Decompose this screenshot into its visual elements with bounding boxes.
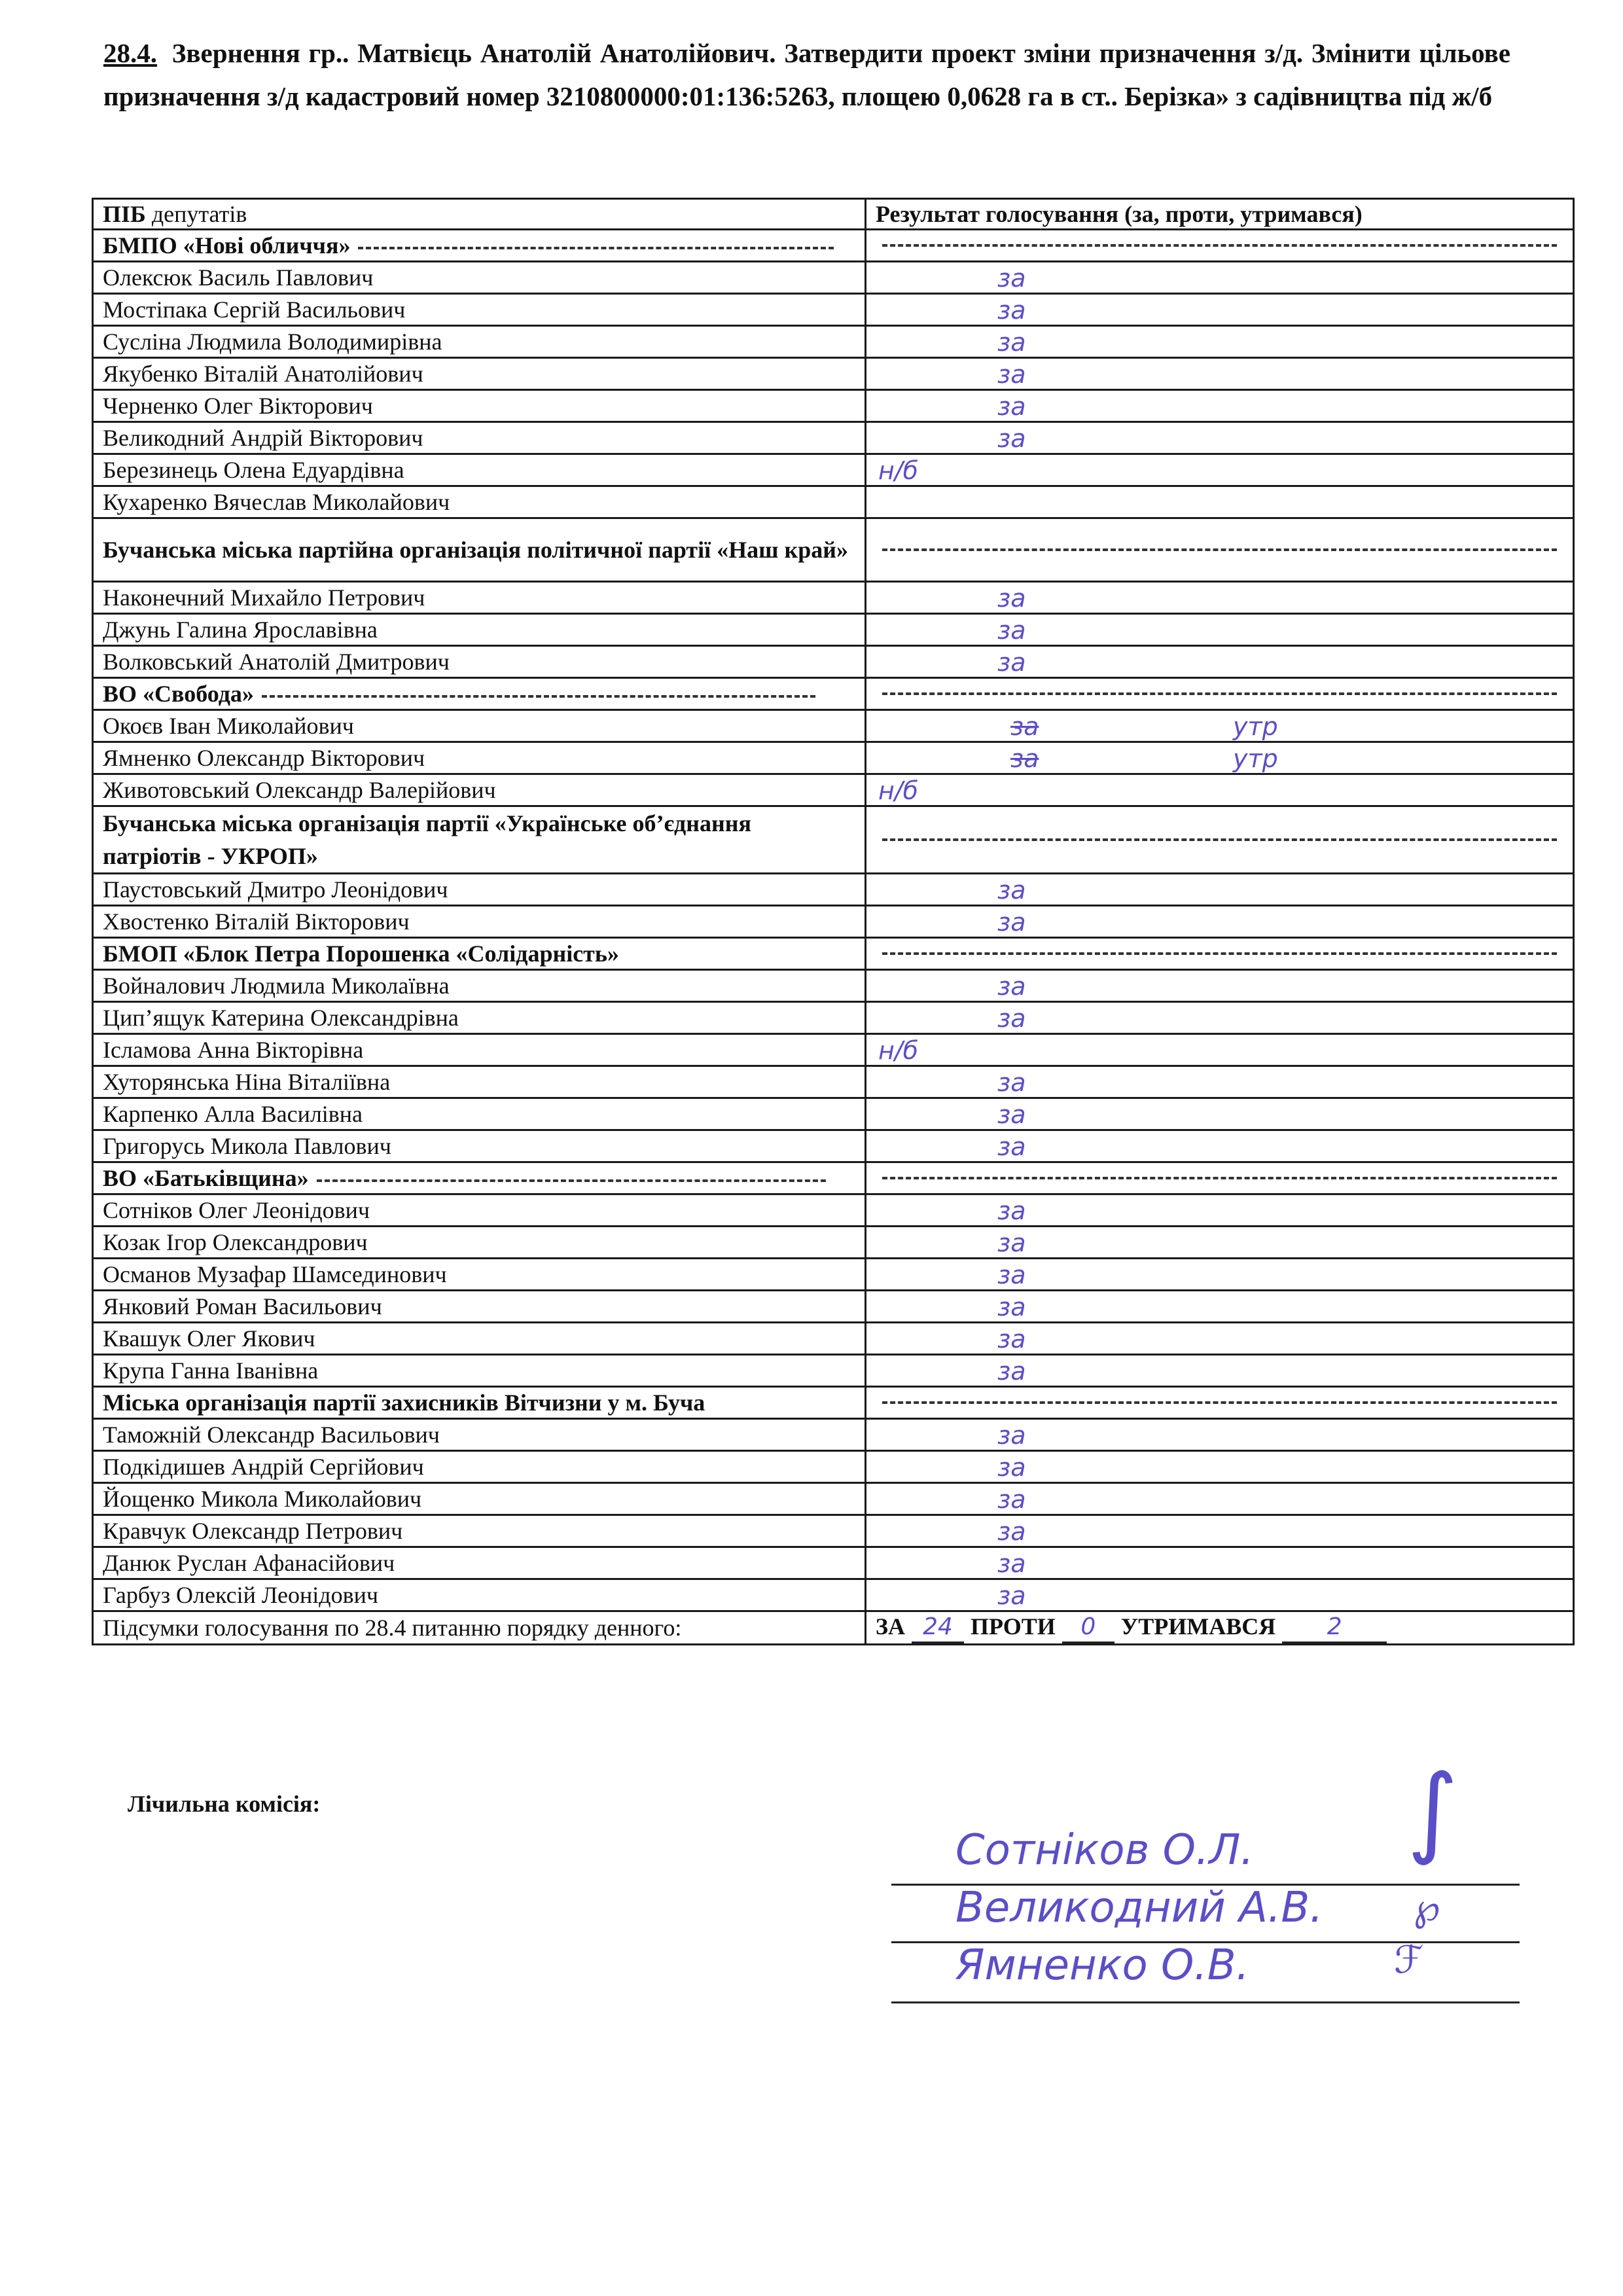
deputy-name: Данюк Руслан Афанасійович [93,1547,866,1579]
deputy-row: Цип’ящук Катерина Олександрівназа [93,1002,1574,1034]
signature-name-1: Сотніков О.Л. [955,1826,1254,1874]
deputy-vote-cell: за [866,1547,1574,1579]
deputy-row: Крупа Ганна Іванівназа [93,1355,1574,1387]
deputy-name: Хуторянська Ніна Віталіївна [93,1066,866,1098]
deputy-row: Наконечний Михайло Петровичза [93,582,1574,614]
deputy-name: Войналович Людмила Миколаївна [93,970,866,1002]
deputy-vote-cell: за [866,1355,1574,1387]
deputy-name: Паустовський Дмитро Леонідович [93,874,866,906]
deputy-name: Наконечний Михайло Петрович [93,582,866,614]
handwritten-vote: за [997,1453,1026,1482]
deputy-name: Цип’ящук Катерина Олександрівна [93,1002,866,1034]
handwritten-vote: за [997,584,1026,613]
deputy-row: Войналович Людмила Миколаївназа [93,970,1574,1002]
dash-filler [262,695,815,698]
handwritten-vote: за [997,1004,1026,1033]
dash-filler [882,838,1557,841]
deputy-name: Волковський Анатолій Дмитрович [93,646,866,678]
deputy-name: Таможній Олександр Васильович [93,1419,866,1451]
deputy-vote-cell: за [866,1259,1574,1291]
deputy-name: Кравчук Олександр Петрович [93,1515,866,1547]
deputy-name: Карпенко Алла Василівна [93,1098,866,1130]
deputy-name: Григорусь Микола Павлович [93,1130,866,1162]
deputy-name: Олексюк Василь Павлович [93,262,866,294]
deputy-vote-cell: за [866,1483,1574,1515]
deputy-vote-cell: утрза [866,710,1574,742]
deputy-row: Березинець Олена Едуардівнан/б [93,454,1574,486]
deputy-row: Олексюк Василь Павловичза [93,262,1574,294]
party-group-row: БМПО «Нові обличчя» [93,230,1574,262]
handwritten-vote: за [997,1485,1026,1514]
handwritten-vote: за [997,1325,1026,1354]
deputy-name: Мостіпака Сергій Васильович [93,294,866,326]
deputy-name: Джунь Галина Ярославівна [93,614,866,646]
party-name: Міська організація партії захисників Віт… [93,1387,866,1419]
signature-name-2: Великодний А.В. [955,1884,1323,1932]
party-name: БМПО «Нові обличчя» [93,230,866,262]
handwritten-vote: за [997,972,1026,1001]
deputy-row: Хвостенко Віталій Вікторовичза [93,906,1574,938]
handwritten-vote: за [997,1068,1026,1097]
party-result-cell [866,938,1574,970]
deputy-name: Янковий Роман Васильович [93,1291,866,1323]
party-group-row: Міська організація партії захисників Віт… [93,1387,1574,1419]
summary-label: Підсумки голосування по 28.4 питанню пор… [93,1611,866,1645]
deputy-row: Окоєв Іван Миколайовичутрза [93,710,1574,742]
handwritten-vote: за [997,328,1026,357]
signature-scribble-2: ℘ [1414,1885,1440,1929]
deputy-name: Сусліна Людмила Володимирівна [93,326,866,358]
header-result: Результат голосування (за, проти, утрима… [866,199,1574,230]
deputy-row: Ісламова Анна Вікторівнан/б [93,1034,1574,1066]
deputy-name: Хвостенко Віталій Вікторович [93,906,866,938]
deputy-vote-cell: н/б [866,454,1574,486]
deputy-row: Ямненко Олександр Вікторовичутрза [93,742,1574,774]
deputy-vote-cell: за [866,614,1574,646]
deputy-vote-cell: за [866,1291,1574,1323]
summary-row: Підсумки голосування по 28.4 питанню пор… [93,1611,1574,1645]
deputy-row: Джунь Галина Ярославівназа [93,614,1574,646]
deputy-row: Османов Музафар Шамсединовичза [93,1259,1574,1291]
handwritten-vote: за [997,1517,1026,1546]
party-name: ВО «Батьківщина» [93,1162,866,1194]
deputy-name: Сотніков Олег Леонідович [93,1194,866,1227]
dash-filler [317,1179,826,1182]
deputy-vote-cell: за [866,1419,1574,1451]
deputy-vote-cell: за [866,294,1574,326]
deputy-row: Кравчук Олександр Петровичза [93,1515,1574,1547]
deputy-row: Данюк Руслан Афанасійовичза [93,1547,1574,1579]
handwritten-vote: за [997,1229,1026,1257]
agenda-item-number: 28.4. [103,38,157,68]
dash-filler [882,244,1557,247]
for-count: 24 [912,1613,964,1643]
deputy-vote-cell: н/б [866,1034,1574,1066]
dash-filler [882,1401,1557,1404]
deputy-name: Крупа Ганна Іванівна [93,1355,866,1387]
voting-table: ПІБ депутатів Результат голосування (за,… [92,198,1575,1645]
deputy-row: Черненко Олег Вікторовичза [93,390,1574,422]
deputy-vote-cell [866,486,1574,518]
deputy-name: Ісламова Анна Вікторівна [93,1034,866,1066]
handwritten-vote: за [997,876,1026,905]
deputy-row: Животовський Олександр Валерійовичн/б [93,774,1574,806]
deputy-name: Подкідишев Андрій Сергійович [93,1451,866,1483]
deputy-row: Великодний Андрій Вікторовичза [93,422,1574,454]
deputy-vote-cell: за [866,326,1574,358]
deputy-vote-cell: за [866,1002,1574,1034]
deputy-row: Карпенко Алла Василівназа [93,1098,1574,1130]
deputy-name: Якубенко Віталій Анатолійович [93,358,866,390]
handwritten-vote: за [997,1357,1026,1386]
handwritten-vote: за [997,296,1026,325]
deputy-name: Козак Ігор Олександрович [93,1227,866,1259]
deputy-vote-cell: за [866,1323,1574,1355]
party-result-cell [866,678,1574,710]
handwritten-vote: за [997,392,1026,421]
dash-filler [882,1177,1557,1179]
deputy-row: Йощенко Микола Миколайовичза [93,1483,1574,1515]
handwritten-vote: за [997,1100,1026,1129]
party-name: ВО «Свобода» [93,678,866,710]
signature-line-3 [891,2001,1520,2003]
handwritten-vote: за [997,360,1026,389]
deputy-row: Квашук Олег Яковичза [93,1323,1574,1355]
deputy-vote-cell: за [866,390,1574,422]
deputy-row: Паустовський Дмитро Леонідовичза [93,874,1574,906]
summary-result: ЗА24ПРОТИ0УТРИМАВСЯ2 [866,1611,1574,1645]
party-group-row: ВО «Батьківщина» [93,1162,1574,1194]
struck-vote: за [1010,712,1039,741]
deputy-vote-cell: за [866,1227,1574,1259]
handwritten-vote: утр [1233,744,1278,773]
deputy-vote-cell: за [866,646,1574,678]
deputy-name: Животовський Олександр Валерійович [93,774,866,806]
handwritten-vote: за [997,648,1026,677]
deputy-row: Кухаренко Вячеслав Миколайович [93,486,1574,518]
deputy-vote-cell: за [866,1098,1574,1130]
deputy-vote-cell: за [866,358,1574,390]
deputy-name: Кухаренко Вячеслав Миколайович [93,486,866,518]
party-name: БМОП «Блок Петра Порошенка «Солідарність… [93,938,866,970]
signature-scribble-3: ℱ [1394,1937,1424,1982]
party-group-row: БМОП «Блок Петра Порошенка «Солідарність… [93,938,1574,970]
deputy-vote-cell: н/б [866,774,1574,806]
deputy-vote-cell: за [866,262,1574,294]
deputy-name: Березинець Олена Едуардівна [93,454,866,486]
signature-scribble-1: ∫ [1407,1754,1458,1868]
dash-filler [882,548,1557,551]
handwritten-vote: за [997,264,1026,293]
deputy-vote-cell: за [866,970,1574,1002]
table-header-row: ПІБ депутатів Результат голосування (за,… [93,199,1574,230]
handwritten-vote: за [997,908,1026,937]
deputy-vote-cell: за [866,1451,1574,1483]
deputy-row: Мостіпака Сергій Васильовичза [93,294,1574,326]
handwritten-vote: н/б [878,1036,918,1065]
agenda-item-text: Звернення гр.. Матвієць Анатолій Анатолі… [103,38,1510,111]
dash-filler [882,952,1557,955]
deputy-name: Черненко Олег Вікторович [93,390,866,422]
deputy-name: Йощенко Микола Миколайович [93,1483,866,1515]
party-result-cell [866,518,1574,582]
deputy-vote-cell: за [866,1194,1574,1227]
deputy-name: Квашук Олег Якович [93,1323,866,1355]
deputy-row: Григорусь Микола Павловичза [93,1130,1574,1162]
handwritten-vote: н/б [878,776,918,805]
dash-filler [358,247,834,249]
handwritten-vote: за [997,1132,1026,1161]
handwritten-vote: за [997,1549,1026,1578]
deputy-row: Сотніков Олег Леонідовичза [93,1194,1574,1227]
party-name: Бучанська міська організація партії «Укр… [93,806,866,874]
handwritten-vote: н/б [878,456,918,485]
deputy-row: Волковський Анатолій Дмитровичза [93,646,1574,678]
deputy-vote-cell: за [866,874,1574,906]
deputy-vote-cell: за [866,906,1574,938]
deputy-name: Османов Музафар Шамсединович [93,1259,866,1291]
handwritten-vote: за [997,1293,1026,1321]
handwritten-vote: за [997,1581,1026,1610]
struck-vote: за [1010,744,1039,773]
deputy-vote-cell: за [866,422,1574,454]
party-result-cell [866,230,1574,262]
handwritten-vote: за [997,1261,1026,1289]
party-result-cell [866,1162,1574,1194]
handwritten-vote: утр [1233,712,1278,741]
handwritten-vote: за [997,616,1026,645]
deputy-vote-cell: за [866,1579,1574,1611]
party-group-row: ВО «Свобода» [93,678,1574,710]
handwritten-vote: за [997,1196,1026,1225]
party-name: Бучанська міська партійна організація по… [93,518,866,582]
deputy-vote-cell: за [866,1066,1574,1098]
signature-name-3: Ямненко О.В. [955,1941,1249,1990]
against-count: 0 [1062,1613,1115,1643]
deputy-row: Сусліна Людмила Володимирівназа [93,326,1574,358]
dash-filler [882,692,1557,695]
deputy-name: Окоєв Іван Миколайович [93,710,866,742]
deputy-row: Якубенко Віталій Анатолійовичза [93,358,1574,390]
header-deputies: ПІБ депутатів [93,199,866,230]
deputy-row: Подкідишев Андрій Сергійовичза [93,1451,1574,1483]
handwritten-vote: за [997,424,1026,453]
deputy-row: Хуторянська Ніна Віталіївназа [93,1066,1574,1098]
deputy-name: Ямненко Олександр Вікторович [93,742,866,774]
deputy-row: Янковий Роман Васильовичза [93,1291,1574,1323]
deputy-row: Таможній Олександр Васильовичза [93,1419,1574,1451]
party-result-cell [866,806,1574,874]
deputy-row: Козак Ігор Олександровичза [93,1227,1574,1259]
counting-commission-label: Лічильна комісія: [128,1790,320,1818]
deputy-vote-cell: утрза [866,742,1574,774]
deputy-vote-cell: за [866,1515,1574,1547]
deputy-vote-cell: за [866,582,1574,614]
deputy-vote-cell: за [866,1130,1574,1162]
party-result-cell [866,1387,1574,1419]
deputy-name: Великодний Андрій Вікторович [93,422,866,454]
deputy-name: Гарбуз Олексій Леонідович [93,1579,866,1611]
abstain-count: 2 [1282,1613,1387,1643]
party-group-row: Бучанська міська партійна організація по… [93,518,1574,582]
party-group-row: Бучанська міська організація партії «Укр… [93,806,1574,874]
agenda-item-title: 28.4. Звернення гр.. Матвієць Анатолій А… [103,31,1510,118]
deputy-row: Гарбуз Олексій Леонідовичза [93,1579,1574,1611]
handwritten-vote: за [997,1421,1026,1450]
